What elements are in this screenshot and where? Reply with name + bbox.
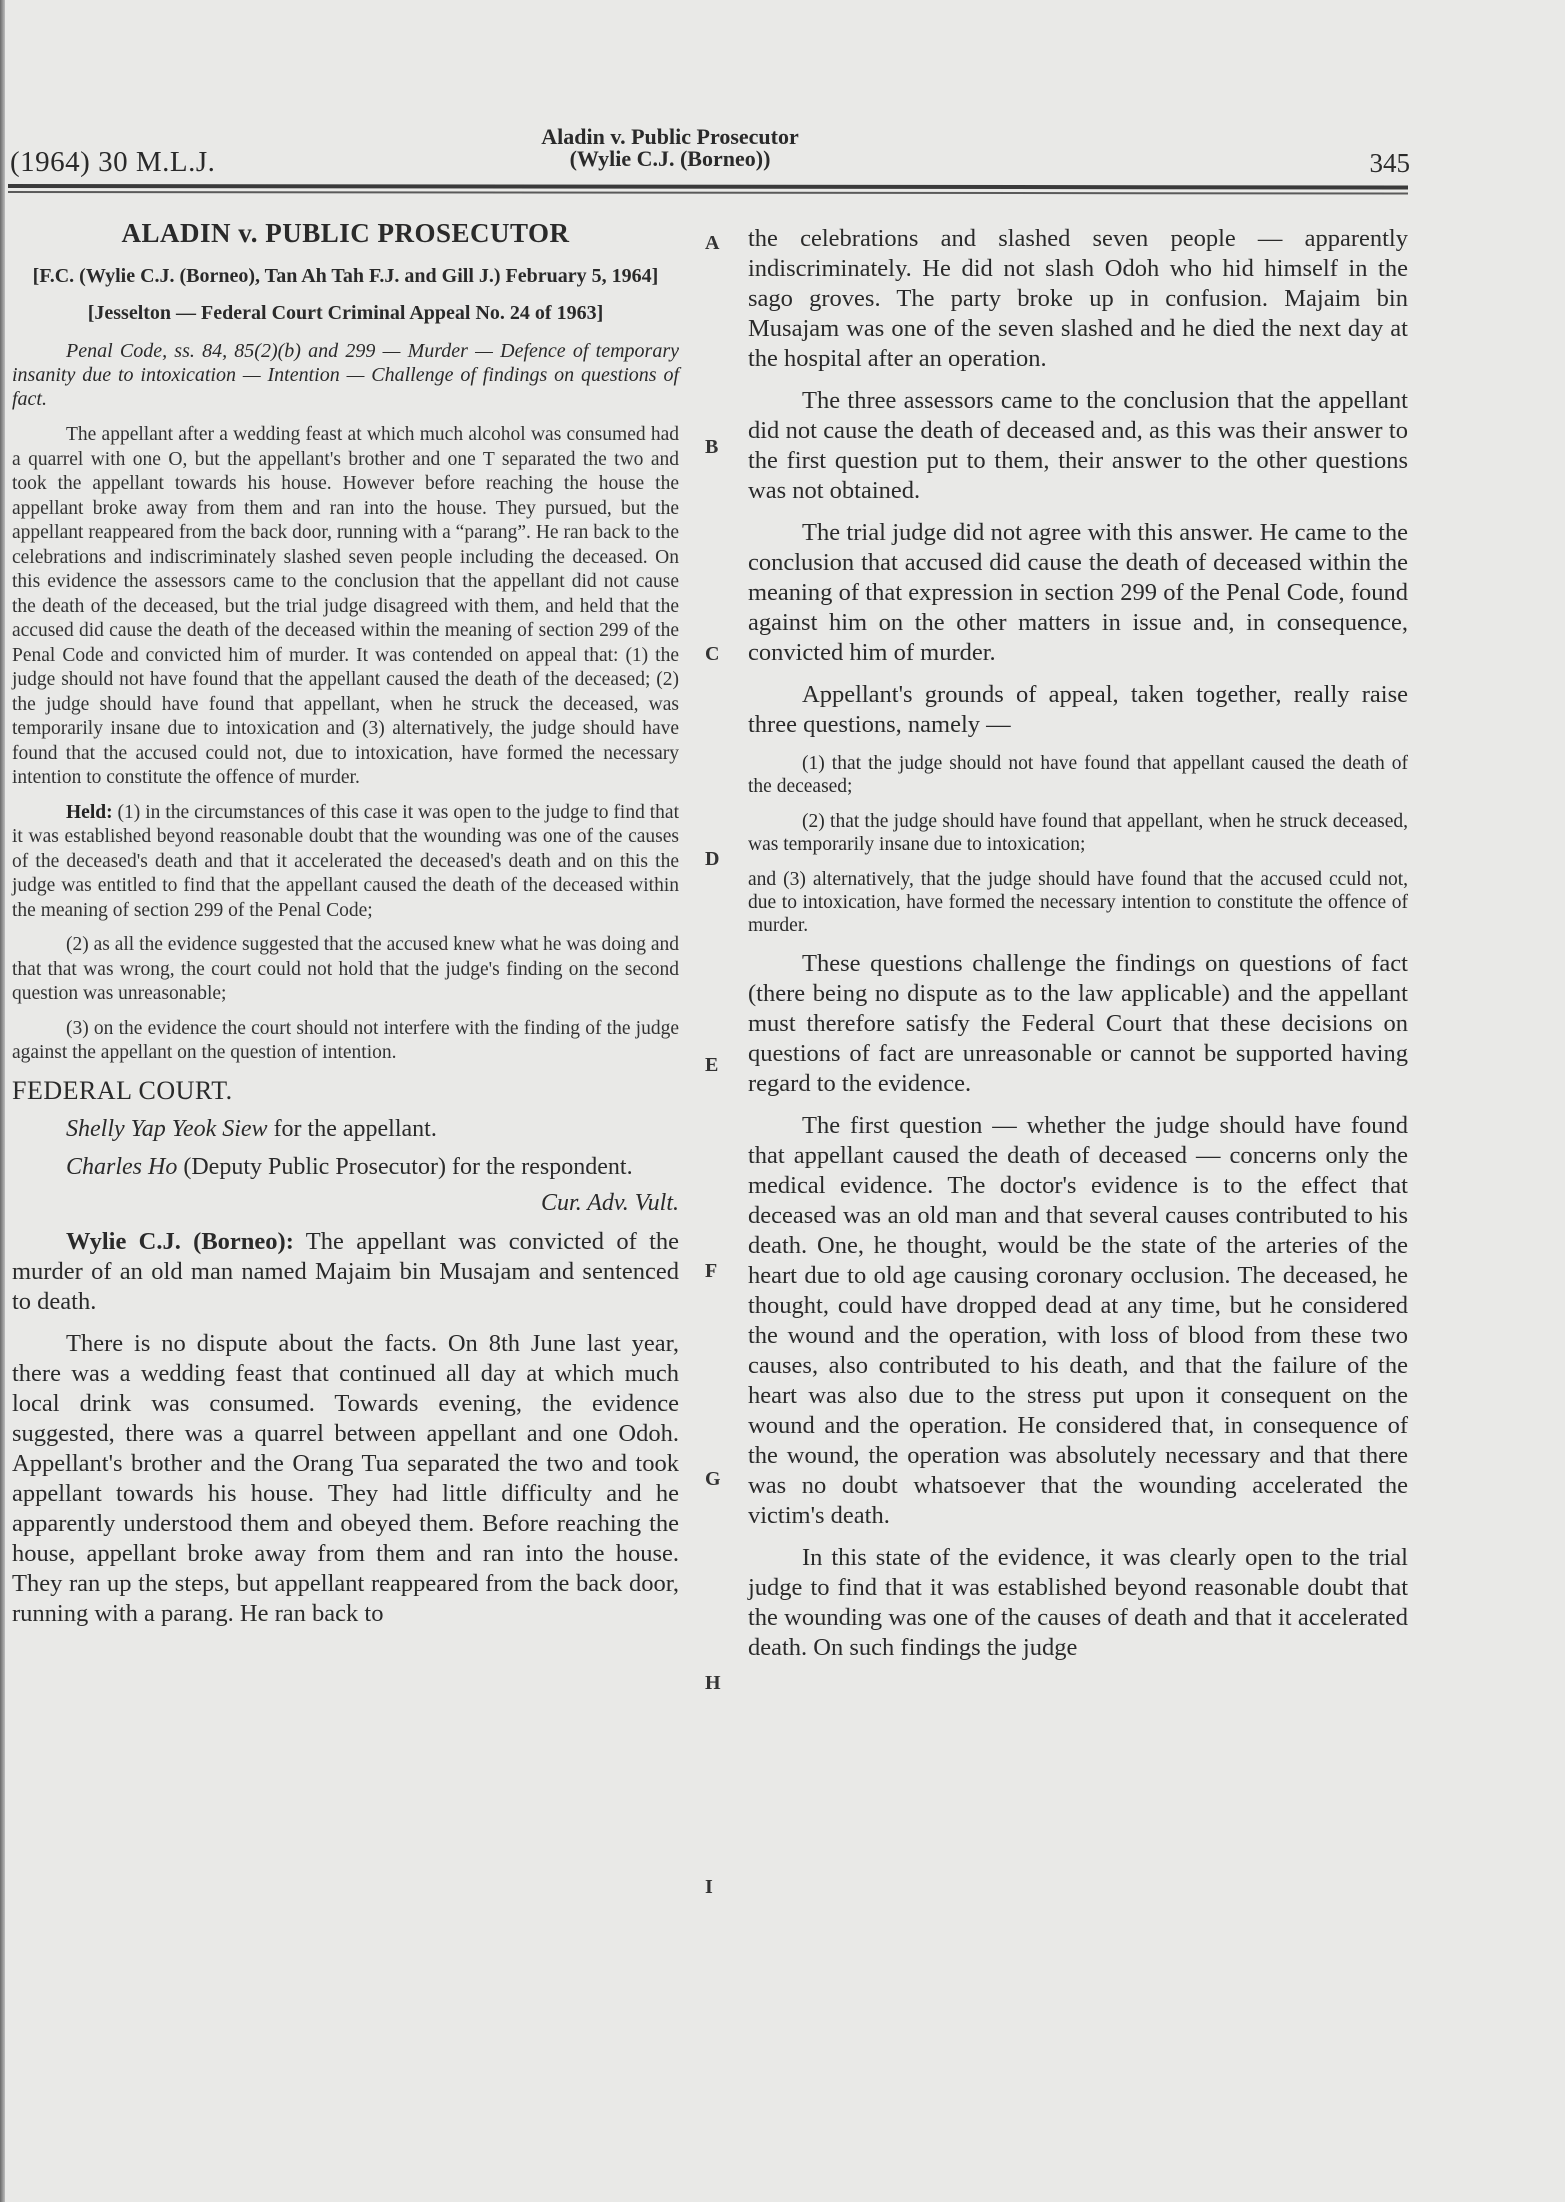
paragraph-celebrations: the celebrations and slashed seven peopl… bbox=[748, 224, 1408, 374]
margin-letter-d: D bbox=[705, 848, 719, 871]
counsel-appellant: Shelly Yap Yeok Siew for the appellant. bbox=[12, 1114, 679, 1144]
margin-letter-i: I bbox=[705, 1876, 713, 1899]
paragraph-challenge: These questions challenge the findings o… bbox=[748, 949, 1408, 1099]
held-1: Held: (1) in the circumstances of this c… bbox=[12, 801, 679, 924]
question-3: and (3) alternatively, that the judge sh… bbox=[748, 868, 1408, 937]
page-number: 345 bbox=[1370, 148, 1411, 179]
page-binding-edge bbox=[0, 0, 5, 2202]
running-title-case: Aladin v. Public Prosecutor bbox=[460, 126, 880, 148]
margin-letters: A B C D E F G H I bbox=[705, 0, 730, 2202]
court-name: FEDERAL COURT. bbox=[12, 1076, 679, 1106]
cur-adv-vult: Cur. Adv. Vult. bbox=[12, 1190, 679, 1217]
held-label: Held: bbox=[66, 802, 113, 823]
held-3: (3) on the evidence the court should not… bbox=[12, 1017, 679, 1066]
margin-letter-h: H bbox=[705, 1672, 721, 1695]
margin-letter-f: F bbox=[705, 1260, 717, 1283]
margin-letter-g: G bbox=[705, 1468, 721, 1491]
running-title: Aladin v. Public Prosecutor (Wylie C.J. … bbox=[460, 126, 880, 170]
question-2: (2) that the judge should have found tha… bbox=[748, 810, 1408, 856]
paragraph-assessors: The three assessors came to the conclusi… bbox=[748, 386, 1408, 506]
paragraph-conclusion: In this state of the evidence, it was cl… bbox=[748, 1543, 1408, 1663]
counsel-appellant-name: Shelly Yap Yeok Siew bbox=[66, 1116, 268, 1142]
judge-label: Wylie C.J. (Borneo): bbox=[66, 1228, 294, 1255]
running-title-judge: (Wylie C.J. (Borneo)) bbox=[460, 148, 880, 170]
counsel-respondent-name: Charles Ho bbox=[66, 1154, 177, 1180]
margin-letter-b: B bbox=[705, 436, 718, 459]
case-title: ALADIN v. PUBLIC PROSECUTOR bbox=[12, 218, 679, 249]
headnote-summary: The appellant after a wedding feast at w… bbox=[12, 423, 679, 791]
judgment-paragraph-1: Wylie C.J. (Borneo): The appellant was c… bbox=[12, 1227, 679, 1317]
held-1-text: (1) in the circumstances of this case it… bbox=[12, 802, 679, 921]
appeal-number: [Jesselton — Federal Court Criminal Appe… bbox=[12, 302, 679, 325]
paragraph-medical-evidence: The first question — whether the judge s… bbox=[748, 1111, 1408, 1531]
margin-letter-c: C bbox=[705, 643, 719, 666]
held-2: (2) as all the evidence suggested that t… bbox=[12, 933, 679, 1007]
right-column: the celebrations and slashed seven peopl… bbox=[748, 224, 1408, 1675]
left-column: ALADIN v. PUBLIC PROSECUTOR [F.C. (Wylie… bbox=[12, 214, 679, 1641]
counsel-respondent-role: (Deputy Public Prosecutor) for the respo… bbox=[177, 1154, 632, 1180]
judgment-paragraph-2: There is no dispute about the facts. On … bbox=[12, 1329, 679, 1629]
paragraph-grounds: Appellant's grounds of appeal, taken tog… bbox=[748, 680, 1408, 740]
paragraph-trial-judge: The trial judge did not agree with this … bbox=[748, 518, 1408, 668]
coram: [F.C. (Wylie C.J. (Borneo), Tan Ah Tah F… bbox=[12, 265, 679, 288]
question-1: (1) that the judge should not have found… bbox=[748, 752, 1408, 798]
margin-letter-e: E bbox=[705, 1054, 718, 1077]
counsel-appellant-role: for the appellant. bbox=[268, 1116, 437, 1142]
margin-letter-a: A bbox=[705, 232, 719, 255]
counsel-respondent: Charles Ho (Deputy Public Prosecutor) fo… bbox=[12, 1152, 679, 1182]
report-citation: (1964) 30 M.L.J. bbox=[10, 146, 215, 179]
catchwords: Penal Code, ss. 84, 85(2)(b) and 299 — M… bbox=[12, 339, 679, 411]
